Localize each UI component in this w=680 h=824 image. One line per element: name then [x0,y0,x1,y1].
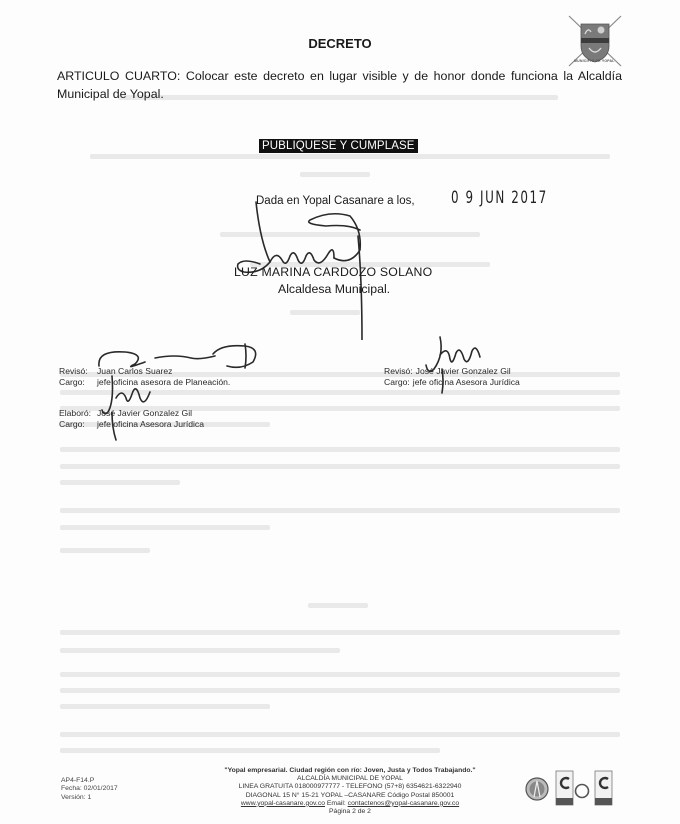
elaboro-label: Elaboró: [59,408,97,419]
cargo-label: Cargo: [384,377,410,388]
date-stamp: 0 9 JUN 2017 [451,188,548,208]
footer-contact: "Yopal empresarial. Ciudad región con rí… [185,767,515,816]
website-link[interactable]: www.yopal-casanare.gov.co [241,800,325,807]
iso-9001-cert-icon [556,771,573,805]
form-metadata: AP4-F14.P Fecha: 02/01/2017 Versión: 1 [61,777,118,802]
author-position: jefe oficina Asesora Jurídica [97,419,204,430]
iqnet-ring-icon [576,785,589,798]
issued-place-text: Dada en Yopal Casanare a los, [256,195,415,207]
footer-entity: ALCALDÍA MUNICIPAL DE YOPAL [185,775,515,783]
form-version: Versión: 1 [61,794,118,802]
footer-address: DIAGONAL 15 N° 15-21 YOPAL –CASANARE Cód… [185,792,515,800]
ntcgp-1000-cert-icon [595,771,612,805]
email-link[interactable]: contactenos@yopal-casanare.gov.co [348,800,459,807]
reviewer-position: jefe oficina asesora de Planeación. [97,377,230,388]
signer-role: Alcaldesa Municipal. [278,282,390,296]
elaboration-block: Elaboró: José Javier Gonzalez Gil Cargo:… [59,408,204,429]
reviewer-name: José Javier Gonzalez Gil [416,366,511,377]
reviewer-position: jefe oficina Asesora Jurídica [413,377,520,388]
signer-name: LUZ MARINA CARDOZO SOLANO [234,265,432,279]
author-name: José Javier Gonzalez Gil [97,408,192,419]
footer-slogan: "Yopal empresarial. Ciudad región con rí… [185,767,515,775]
footer-phone: LINEA GRATUITA 018000977777 - TELEFONO (… [185,783,515,791]
icontec-seal-icon [526,778,548,800]
review-label: Revisó: [59,366,97,377]
form-date: Fecha: 02/01/2017 [61,785,118,793]
review-block-juridica: Revisó: José Javier Gonzalez Gil Cargo: … [384,366,520,387]
document-page: MUNICIPIO DE YOPAL DECRETO ARTICULO CUAR… [0,0,680,824]
article-cuarto: ARTICULO CUARTO: Colocar este decreto en… [57,67,622,103]
cargo-label: Cargo: [59,419,97,430]
form-code: AP4-F14.P [61,777,118,785]
page-number: Página 2 de 2 [185,808,515,816]
email-label: Email: [327,800,346,807]
document-title: DECRETO [0,36,680,51]
review-label: Revisó: [384,366,413,377]
review-block-planeacion: Revisó: Juan Carlos Suarez Cargo: jefe o… [59,366,230,387]
reviewer-name: Juan Carlos Suarez [97,366,172,377]
certification-logos [525,767,625,812]
publiquese-heading: PUBLIQUESE Y CÚMPLASE [259,139,418,153]
logo-caption: MUNICIPIO DE YOPAL [574,59,615,63]
cargo-label: Cargo: [59,377,97,388]
